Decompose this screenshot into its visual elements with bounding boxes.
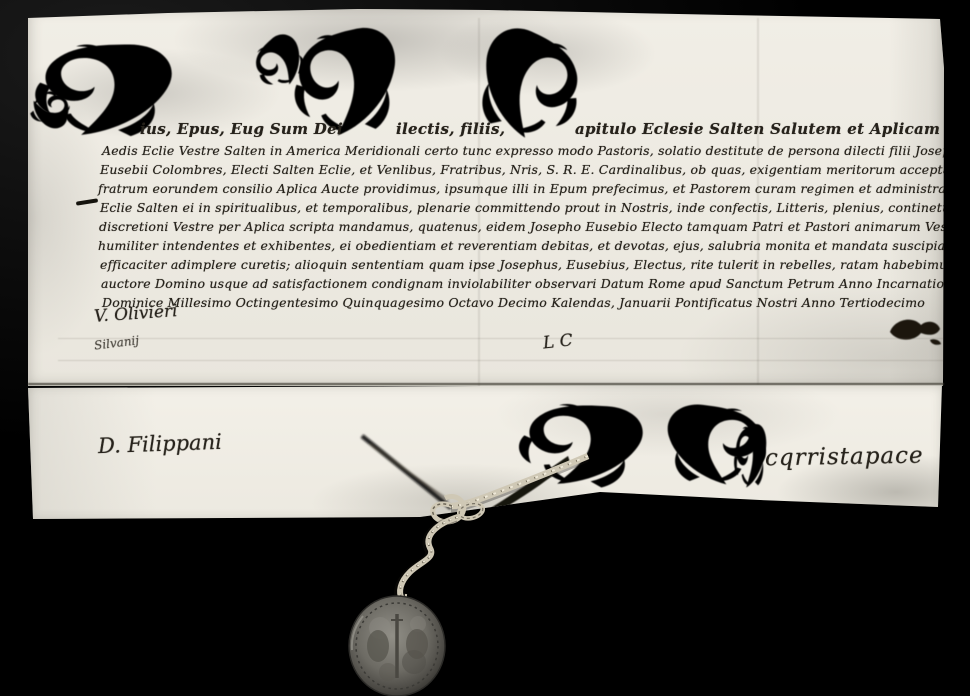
signature-secondary: Silvanij	[93, 333, 139, 352]
intro-segment-1: ius, Epus, Eug Sum Dei	[140, 120, 343, 138]
photo-of-papal-bull: ius, Epus, Eug Sum Dei ilectis, filiis, …	[0, 0, 970, 696]
body-line: discretioni Vestre per Aplica scripta ma…	[99, 219, 970, 234]
parchment-sheet: ius, Epus, Eug Sum Dei ilectis, filiis, …	[28, 8, 944, 386]
margin-dash	[76, 198, 98, 205]
body-line: efficaciter adimplere curetis; alioquin …	[100, 257, 970, 272]
body-line: Eusebii Colombres, Electi Salten Eclie, …	[100, 162, 970, 177]
notary-mark: L C	[542, 331, 574, 354]
body-line: Eclie Salten ei in spiritualibus, et tem…	[100, 200, 970, 215]
body-line: fratrum eorundem consilio Aplica Aucte p…	[98, 181, 970, 196]
body-line: Aedis Eclie Vestre Salten in America Mer…	[102, 143, 970, 158]
lead-seal-icon	[349, 596, 445, 696]
horizontal-crease	[58, 338, 970, 339]
signature-filippani: D. Filippani	[98, 430, 223, 458]
flourish-pen-tail-icon	[480, 452, 570, 518]
body-line: humiliter intendentes et exhibentes, ei …	[98, 238, 970, 253]
body-line: Dominice Millesimo Octingentesimo Quinqu…	[102, 295, 925, 310]
body-line: auctore Domino usque ad satisfactionem c…	[101, 276, 963, 291]
plica-fold: D. Filippani cqrristapace	[28, 384, 944, 522]
calligraphic-flourish-top-left-curl-icon	[26, 86, 74, 132]
signature-right: cqrristapace	[765, 443, 924, 472]
intro-segment-3: apitulo Eclesie Salten Salutem et Aplica…	[575, 120, 970, 138]
ink-blot-icon	[884, 310, 948, 354]
intro-segment-2: ilectis, filiis,	[396, 120, 505, 138]
calligraphic-flourish-signature-capital-icon	[732, 422, 768, 492]
horizontal-crease	[58, 360, 970, 361]
fold-crease-line	[28, 383, 944, 385]
